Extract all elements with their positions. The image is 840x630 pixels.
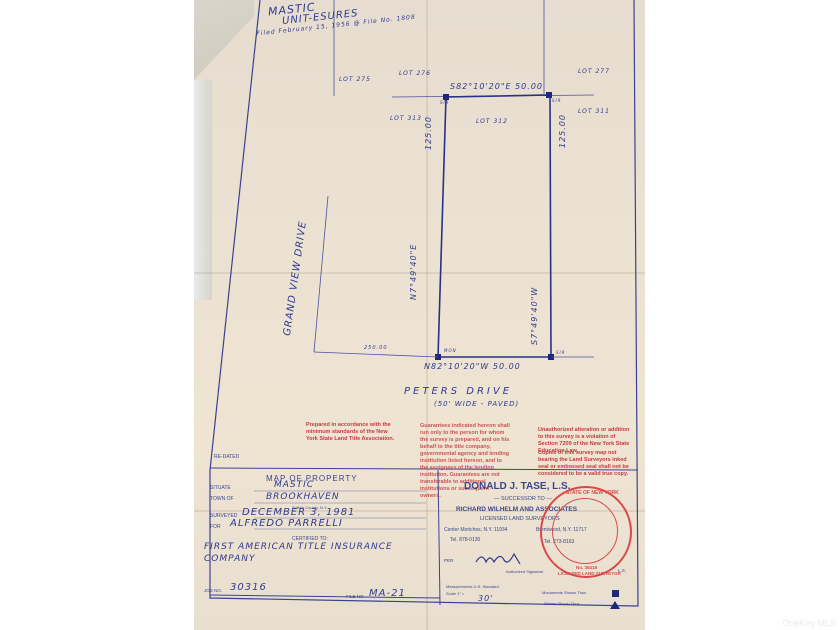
mls-watermark: OneKey MLS — [782, 618, 836, 628]
survey-photo: MASTIC UNIT-ESURES Filed February 15, 19… — [194, 0, 645, 630]
seal-state: STATE OF NEW YORK — [566, 490, 619, 497]
seal-bottom: LICENSED LAND SURVEYOR — [558, 570, 621, 577]
